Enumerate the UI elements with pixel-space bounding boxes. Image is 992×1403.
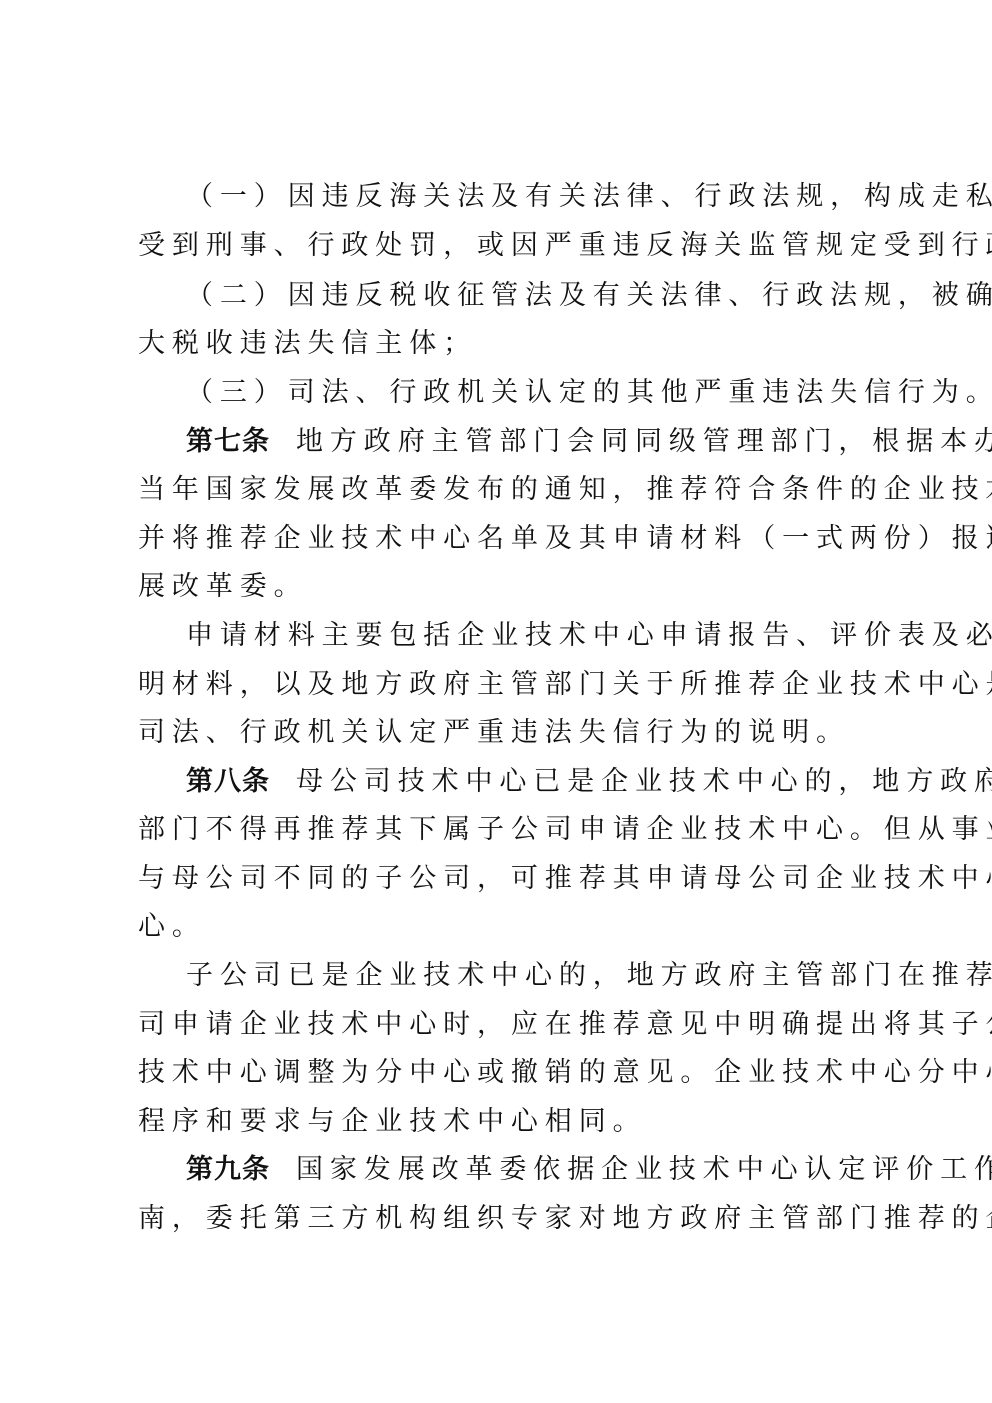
article-9-line-2: 南，委托第三方机构组织专家对地方政府主管部门推荐的企业技术: [138, 1199, 858, 1239]
text: （一）因违反海关法及有关法律、行政法规，构成走私行为，: [186, 181, 992, 212]
article-8-line-1: 第八条母公司技术中心已是企业技术中心的，地方政府主管: [186, 762, 906, 802]
text: （二）因违反税收征管法及有关法律、行政法规，被确定为重: [186, 280, 992, 311]
article-7-line-3: 并将推荐企业技术中心名单及其申请材料（一式两份）报送国家发: [138, 519, 858, 559]
article-7-line-4: 展改革委。: [138, 567, 858, 607]
text: 大税收违法失信主体；: [138, 328, 477, 359]
article-8-para-2-line-2: 司申请企业技术中心时，应在推荐意见中明确提出将其子公司企业: [138, 1005, 858, 1045]
text: 与母公司不同的子公司，可推荐其申请母公司企业技术中心分中: [138, 863, 992, 894]
text: 心。: [138, 911, 206, 942]
text: 母公司技术中心已是企业技术中心的，地方政府主管: [296, 766, 992, 797]
clause-2-line-1: （二）因违反税收征管法及有关法律、行政法规，被确定为重: [186, 276, 906, 316]
article-8-line-3: 与母公司不同的子公司，可推荐其申请母公司企业技术中心分中: [138, 859, 858, 899]
text: 展改革委。: [138, 571, 308, 602]
article-7-para-2-line-1: 申请材料主要包括企业技术中心申请报告、评价表及必要的证: [186, 616, 906, 656]
text: 受到刑事、行政处罚，或因严重违反海关监管规定受到行政处罚；: [138, 230, 992, 261]
clause-2-line-2: 大税收违法失信主体；: [138, 324, 858, 364]
article-7-line-1: 第七条地方政府主管部门会同同级管理部门，根据本办法及: [186, 422, 906, 462]
article-8-para-2-line-1: 子公司已是企业技术中心的，地方政府主管部门在推荐其母公: [186, 956, 906, 996]
text: 南，委托第三方机构组织专家对地方政府主管部门推荐的企业技术: [138, 1203, 992, 1234]
text: 程序和要求与企业技术中心相同。: [138, 1106, 647, 1137]
article-7-para-2-line-3: 司法、行政机关认定严重违法失信行为的说明。: [138, 713, 858, 753]
text: 技术中心调整为分中心或撤销的意见。企业技术中心分中心的申请: [138, 1057, 992, 1088]
text: 申请材料主要包括企业技术中心申请报告、评价表及必要的证: [186, 620, 992, 651]
article-8-line-4: 心。: [138, 907, 858, 947]
text: 明材料，以及地方政府主管部门关于所推荐企业技术中心是否存在: [138, 669, 992, 700]
document-page: （一）因违反海关法及有关法律、行政法规，构成走私行为， 受到刑事、行政处罚，或因…: [0, 0, 992, 1403]
clause-1-line-1: （一）因违反海关法及有关法律、行政法规，构成走私行为，: [186, 177, 906, 217]
clause-1-line-2: 受到刑事、行政处罚，或因严重违反海关监管规定受到行政处罚；: [138, 226, 858, 266]
article-heading: 第九条: [186, 1154, 270, 1185]
article-7-line-2: 当年国家发展改革委发布的通知，推荐符合条件的企业技术中心，: [138, 470, 858, 510]
text: 部门不得再推荐其下属子公司申请企业技术中心。但从事业务领域: [138, 814, 992, 845]
article-8-para-2-line-4: 程序和要求与企业技术中心相同。: [138, 1102, 858, 1142]
text: 并将推荐企业技术中心名单及其申请材料（一式两份）报送国家发: [138, 523, 992, 554]
article-heading: 第七条: [186, 426, 270, 457]
article-7-para-2-line-2: 明材料，以及地方政府主管部门关于所推荐企业技术中心是否存在: [138, 665, 858, 705]
text: 司申请企业技术中心时，应在推荐意见中明确提出将其子公司企业: [138, 1009, 992, 1040]
text: 当年国家发展改革委发布的通知，推荐符合条件的企业技术中心，: [138, 474, 992, 505]
text: 子公司已是企业技术中心的，地方政府主管部门在推荐其母公: [186, 960, 992, 991]
article-9-line-1: 第九条国家发展改革委依据企业技术中心认定评价工作指: [186, 1150, 906, 1190]
article-heading: 第八条: [186, 766, 270, 797]
article-8-line-2: 部门不得再推荐其下属子公司申请企业技术中心。但从事业务领域: [138, 810, 858, 850]
text: 司法、行政机关认定严重违法失信行为的说明。: [138, 717, 850, 748]
clause-3-line-1: （三）司法、行政机关认定的其他严重违法失信行为。: [186, 373, 906, 413]
article-8-para-2-line-3: 技术中心调整为分中心或撤销的意见。企业技术中心分中心的申请: [138, 1053, 858, 1093]
text: 地方政府主管部门会同同级管理部门，根据本办法及: [296, 426, 992, 457]
text: （三）司法、行政机关认定的其他严重违法失信行为。: [186, 377, 992, 408]
text: 国家发展改革委依据企业技术中心认定评价工作指: [296, 1154, 992, 1185]
